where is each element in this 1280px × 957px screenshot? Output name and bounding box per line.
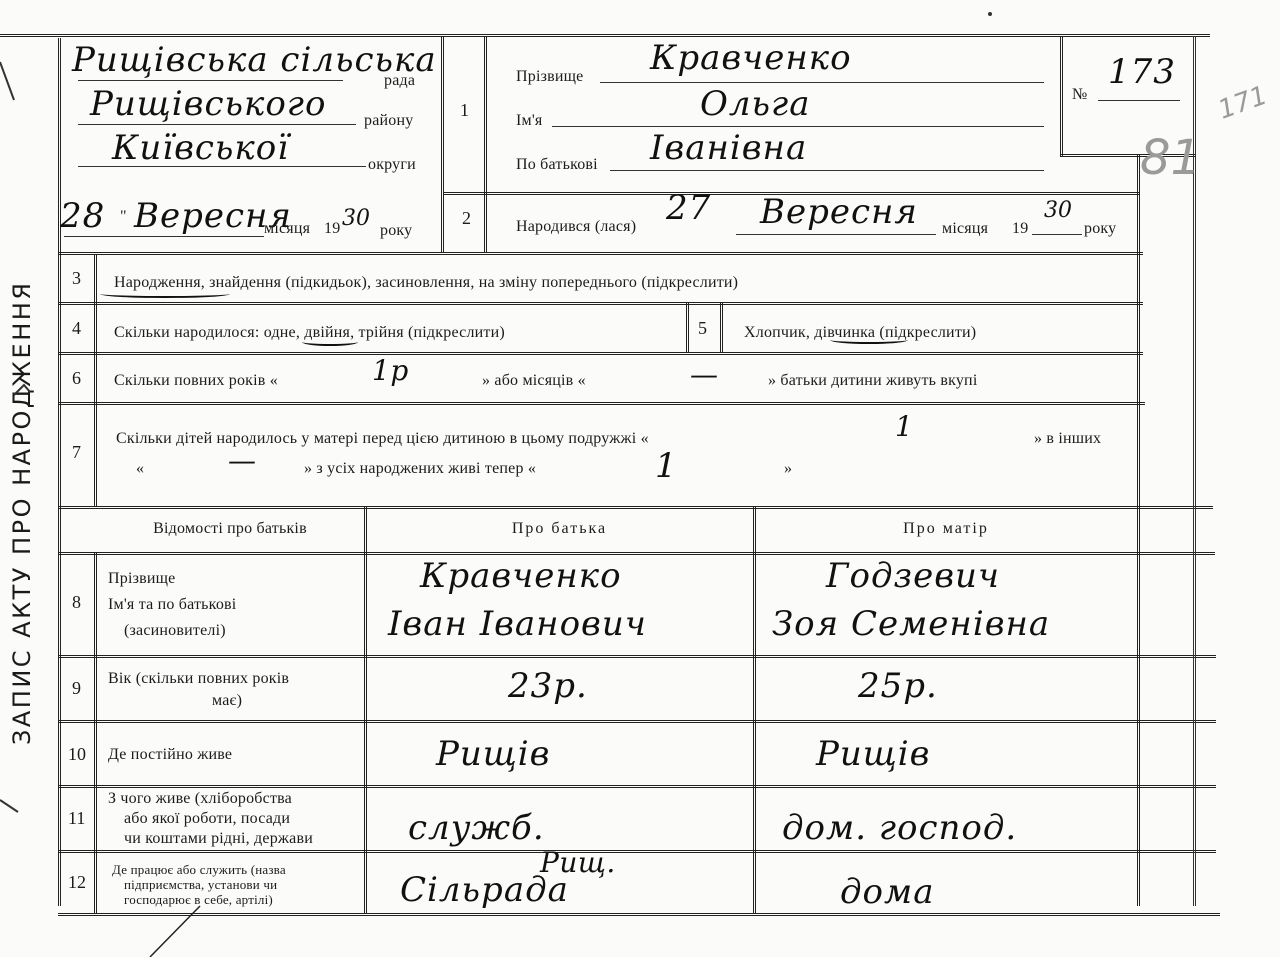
stray-marks — [0, 0, 1280, 957]
